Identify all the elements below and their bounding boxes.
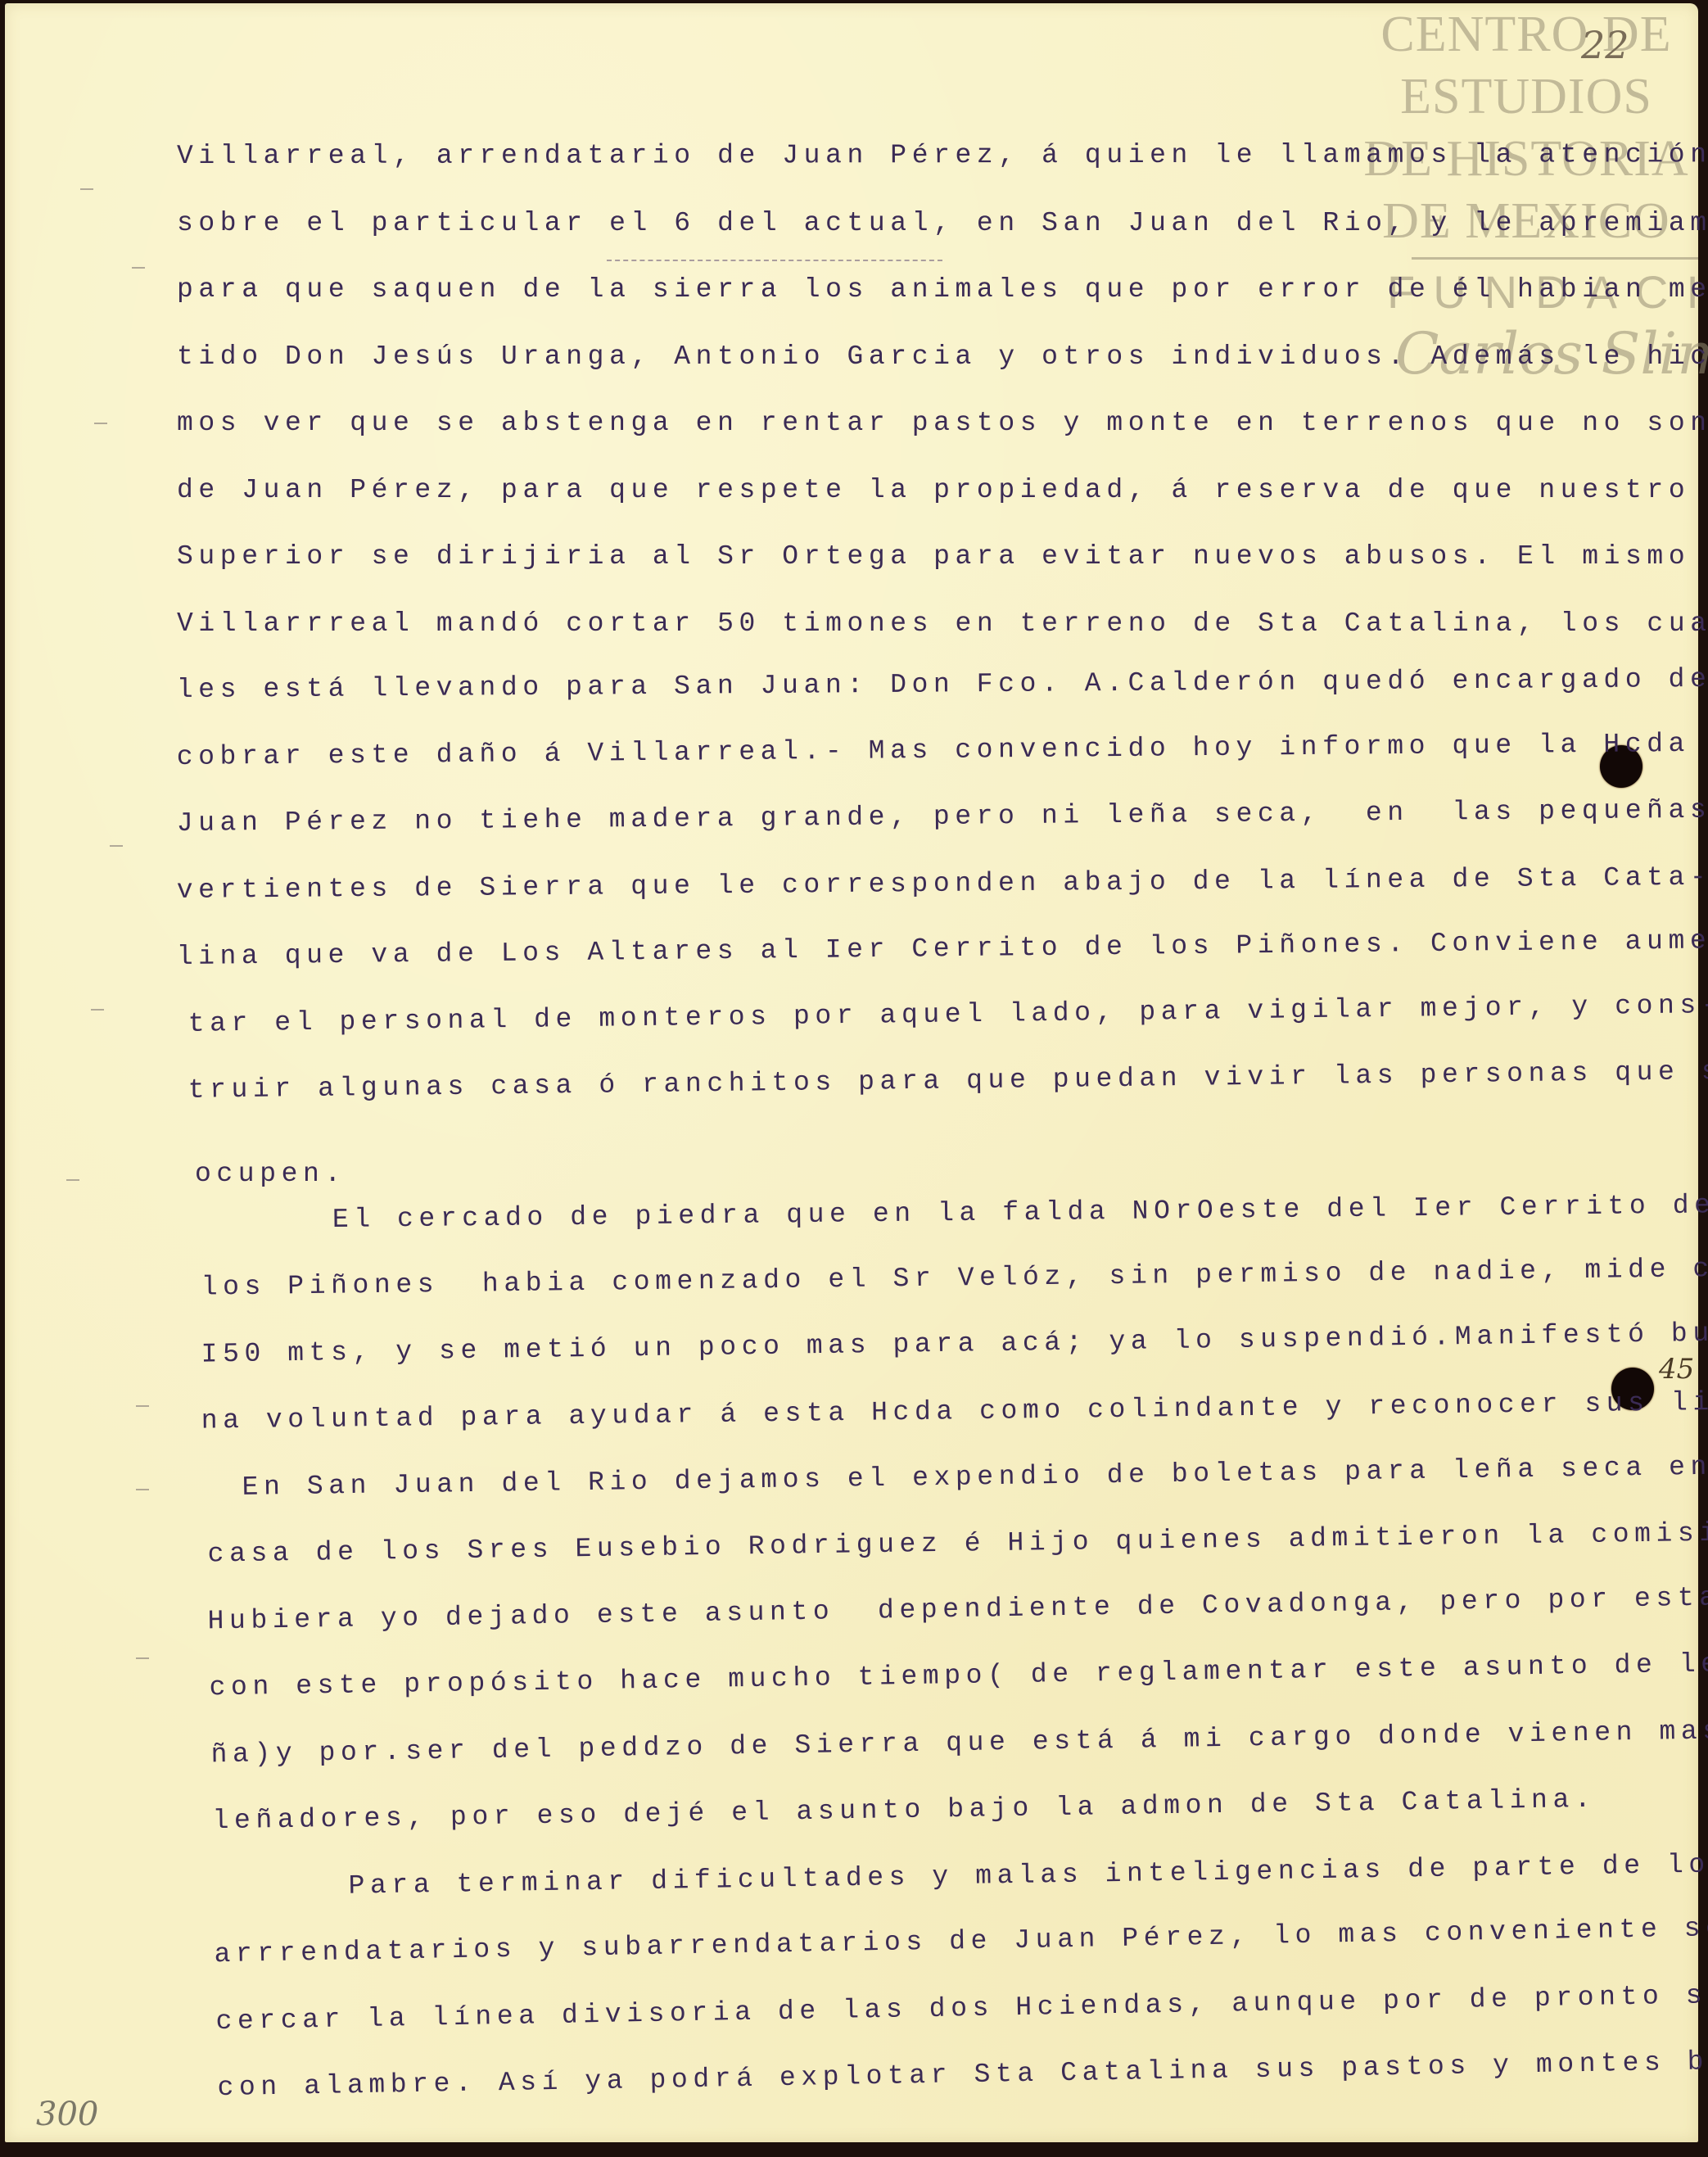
margin-tick — [94, 423, 107, 424]
margin-tick — [110, 845, 123, 847]
margin-tick — [80, 188, 93, 190]
watermark-line: CENTRO DE — [1354, 3, 1698, 66]
folio-number: 22 — [1581, 23, 1629, 67]
margin-tick — [136, 1657, 149, 1659]
text-line: sobre el particular el 6 del actual, en … — [177, 208, 1642, 275]
text-line: Villarrreal mandó cortar 50 timones en t… — [177, 608, 1642, 676]
text-line: les está llevando para San Juan: Don Fco… — [177, 665, 1643, 742]
margin-tick — [91, 1009, 104, 1011]
margin-tick — [132, 267, 145, 269]
text-line: cobrar este daño á Villarreal.- Mas conv… — [177, 729, 1643, 808]
text-line: mos ver que se abstenga en rentar pastos… — [177, 408, 1642, 475]
handwritten-margin-note: 45 — [1659, 1353, 1694, 1386]
margin-tick — [136, 1405, 149, 1407]
watermark-line: ESTUDIOS — [1354, 66, 1698, 128]
text-line: para que saquen de la sierra los animale… — [177, 274, 1642, 341]
margin-tick — [66, 1179, 79, 1181]
handwritten-page-number: 300 — [36, 2096, 98, 2133]
letter-body: Villarreal, arrendatario de Juan Pérez, … — [177, 141, 1642, 2141]
margin-tick — [136, 1489, 149, 1490]
text-line: Superior se dirijiria al Sr Ortega para … — [177, 541, 1642, 608]
text-line: Juan Pérez no tiehe madera grande, pero … — [177, 795, 1643, 875]
text-line: Villarreal, arrendatario de Juan Pérez, … — [177, 139, 1642, 207]
typed-letter-page: CENTRO DE ESTUDIOS DE HISTORIA DE MEXICO… — [5, 3, 1698, 2142]
text-line: de Juan Pérez, para que respete la propi… — [177, 475, 1642, 542]
text-line: tido Don Jesús Uranga, Antonio Garcia y … — [177, 341, 1642, 409]
